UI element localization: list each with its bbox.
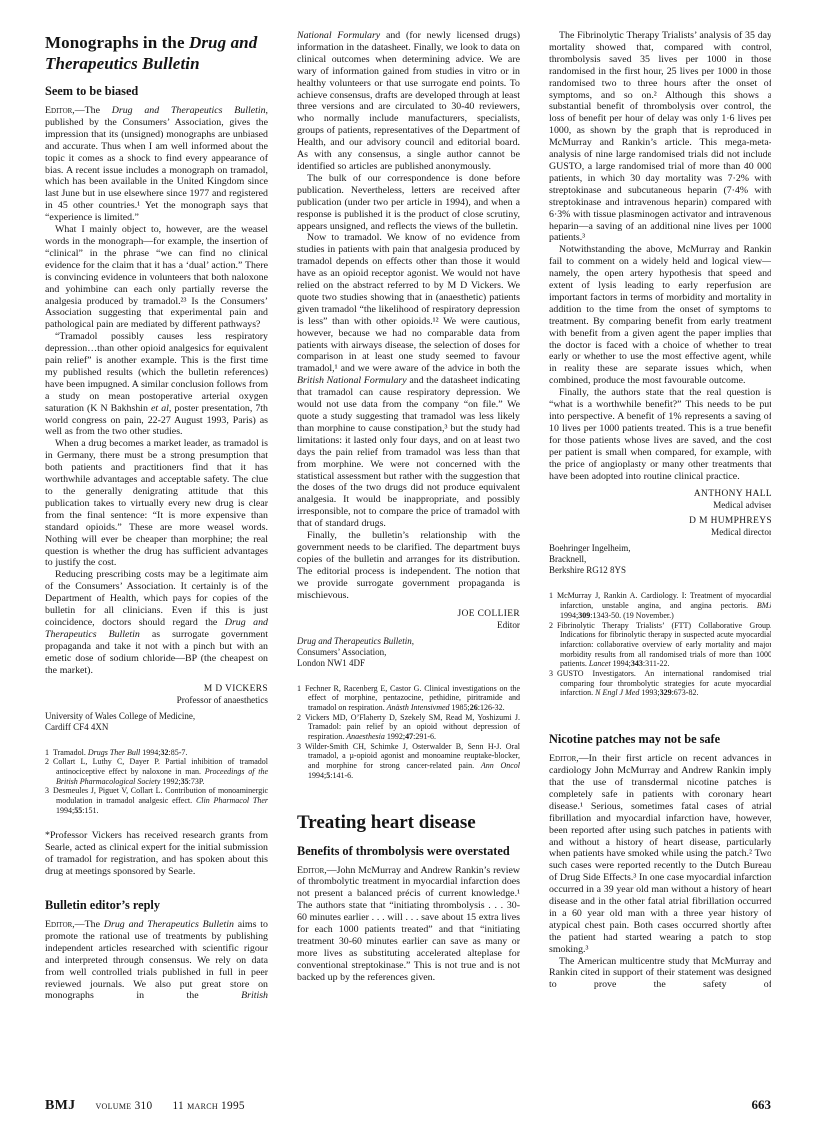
column-3: The Fibrinolytic Therapy Trialists’ anal… bbox=[549, 30, 771, 1088]
page-footer: BMJ volume 310 11 march 1995 663 bbox=[45, 1097, 771, 1114]
subheading-thrombolysis: Benefits of thrombolysis were overstated bbox=[297, 844, 520, 858]
text-columns: Monographs in the Drug and Therapeutics … bbox=[45, 30, 771, 1088]
paragraph: Editor,—In their first article on recent… bbox=[549, 753, 771, 955]
reference-number: 1 bbox=[45, 748, 49, 757]
reference-number: 2 bbox=[549, 621, 553, 630]
reference-text: GUSTO Investigators. An international ra… bbox=[557, 669, 771, 697]
reference-item: 2Vickers MD, O’Flaherty D, Szekely SM, R… bbox=[297, 713, 520, 742]
reference-list: 1Fechner R, Racenberg E, Castor G. Clini… bbox=[297, 684, 520, 781]
reference-number: 1 bbox=[549, 591, 553, 600]
paragraph: Reducing prescribing costs may be a legi… bbox=[45, 569, 268, 676]
section-title-treating-heart-disease: Treating heart disease bbox=[297, 811, 520, 834]
reference-list: 1Tramadol. Drugs Ther Bull 1994;32:85-7.… bbox=[45, 748, 268, 816]
paragraph: Editor,—The Drug and Therapeutics Bullet… bbox=[45, 919, 268, 1002]
signature-block: M D VICKERS Professor of anaesthetics bbox=[45, 684, 268, 706]
signature-block: D M HUMPHREYS Medical director bbox=[549, 516, 771, 538]
address-line: University of Wales College of Medicine, bbox=[45, 711, 268, 722]
reference-item: 1McMurray J, Rankin A. Cardiology. I: Tr… bbox=[549, 591, 771, 620]
reference-number: 3 bbox=[45, 786, 49, 795]
paragraph: What I mainly object to, however, are th… bbox=[45, 224, 268, 331]
page-number: 663 bbox=[752, 1097, 772, 1113]
subheading-nicotine-patches: Nicotine patches may not be safe bbox=[549, 732, 771, 746]
paragraph: When a drug becomes a market leader, as … bbox=[45, 438, 268, 569]
paragraph: Notwithstanding the above, McMurray and … bbox=[549, 244, 771, 387]
paragraph: Editor,—John McMurray and Andrew Rankin’… bbox=[297, 865, 520, 984]
reference-number: 1 bbox=[297, 684, 301, 693]
paragraph: Finally, the bulletin’s relationship wit… bbox=[297, 530, 520, 601]
reference-text: Fibrinolytic Therapy Trialists’ (FTT) Co… bbox=[557, 621, 771, 669]
reference-text: Wilder-Smith CH, Schimke J, Osterwalder … bbox=[305, 742, 520, 780]
reference-number: 3 bbox=[549, 669, 553, 678]
reference-number: 2 bbox=[45, 757, 49, 766]
paragraph: The American multicentre study that McMu… bbox=[549, 956, 771, 992]
signature-block: ANTHONY HALL Medical adviser bbox=[549, 489, 771, 511]
reference-text: Desmeules J, Piguet V, Collart L. Contri… bbox=[53, 786, 268, 814]
paragraph: Finally, the authors state that the real… bbox=[549, 387, 771, 482]
paragraph: National Formulary and (for newly licens… bbox=[297, 30, 520, 173]
reference-text: Tramadol. Drugs Ther Bull 1994;32:85-7. bbox=[53, 748, 187, 757]
reference-text: Vickers MD, O’Flaherty D, Szekely SM, Re… bbox=[305, 713, 520, 741]
author-address: University of Wales College of Medicine,… bbox=[45, 711, 268, 733]
reference-number: 2 bbox=[297, 713, 301, 722]
issue-date: 11 march 1995 bbox=[172, 1100, 244, 1112]
author-address: Boehringer Ingelheim, Bracknell, Berkshi… bbox=[549, 543, 771, 576]
signature-name: ANTHONY HALL bbox=[549, 489, 771, 500]
paragraph: The Fibrinolytic Therapy Trialists’ anal… bbox=[549, 30, 771, 244]
reference-item: 1Tramadol. Drugs Ther Bull 1994;32:85-7. bbox=[45, 748, 268, 758]
reference-item: 3Desmeules J, Piguet V, Collart L. Contr… bbox=[45, 786, 268, 815]
reference-text: McMurray J, Rankin A. Cardiology. I: Tre… bbox=[557, 591, 771, 619]
paragraph: The bulk of our correspondence is done b… bbox=[297, 173, 520, 233]
subheading-editors-reply: Bulletin editor’s reply bbox=[45, 898, 268, 912]
address-line: Bracknell, bbox=[549, 554, 771, 565]
signature-role: Professor of anaesthetics bbox=[45, 695, 268, 706]
reference-item: 1Fechner R, Racenberg E, Castor G. Clini… bbox=[297, 684, 520, 713]
author-address: Drug and Therapeutics Bulletin, Consumer… bbox=[297, 636, 520, 669]
paragraph: “Tramadol possibly causes less respirato… bbox=[45, 331, 268, 438]
subheading-seem-biased: Seem to be biased bbox=[45, 84, 268, 98]
volume-label: volume 310 bbox=[95, 1100, 152, 1112]
reference-list: 1McMurray J, Rankin A. Cardiology. I: Tr… bbox=[549, 591, 771, 698]
address-line: Boehringer Ingelheim, bbox=[549, 543, 771, 554]
signature-role: Medical adviser bbox=[549, 500, 771, 511]
reference-text: Collart L, Luthy C, Dayer P. Partial inh… bbox=[53, 757, 268, 785]
reference-item: 3Wilder-Smith CH, Schimke J, Osterwalder… bbox=[297, 742, 520, 781]
reference-text: Fechner R, Racenberg E, Castor G. Clinic… bbox=[305, 684, 520, 712]
journal-page: Monographs in the Drug and Therapeutics … bbox=[0, 0, 816, 1147]
reference-item: 2Fibrinolytic Therapy Trialists’ (FTT) C… bbox=[549, 621, 771, 670]
address-line: Drug and Therapeutics Bulletin, bbox=[297, 636, 520, 647]
address-line: Cardiff CF4 4XN bbox=[45, 722, 268, 733]
address-line: Berkshire RG12 8YS bbox=[549, 565, 771, 576]
signature-name: M D VICKERS bbox=[45, 684, 268, 695]
signature-role: Editor bbox=[297, 620, 520, 631]
reference-number: 3 bbox=[297, 742, 301, 751]
letter-title-monographs: Monographs in the Drug and Therapeutics … bbox=[45, 32, 268, 74]
column-1: Monographs in the Drug and Therapeutics … bbox=[45, 30, 268, 1088]
column-2: National Formulary and (for newly licens… bbox=[297, 30, 520, 1088]
address-line: Consumers’ Association, bbox=[297, 647, 520, 658]
signature-name: JOE COLLIER bbox=[297, 609, 520, 620]
paragraph: Editor,—The Drug and Therapeutics Bullet… bbox=[45, 105, 268, 224]
journal-name: BMJ bbox=[45, 1098, 75, 1114]
conflict-of-interest-footnote: *Professor Vickers has received research… bbox=[45, 830, 268, 878]
reference-item: 3GUSTO Investigators. An international r… bbox=[549, 669, 771, 698]
address-line: London NW1 4DF bbox=[297, 658, 520, 669]
signature-block: JOE COLLIER Editor bbox=[297, 609, 520, 631]
signature-role: Medical director bbox=[549, 527, 771, 538]
reference-item: 2Collart L, Luthy C, Dayer P. Partial in… bbox=[45, 757, 268, 786]
paragraph: Now to tramadol. We know of no evidence … bbox=[297, 232, 520, 530]
signature-name: D M HUMPHREYS bbox=[549, 516, 771, 527]
